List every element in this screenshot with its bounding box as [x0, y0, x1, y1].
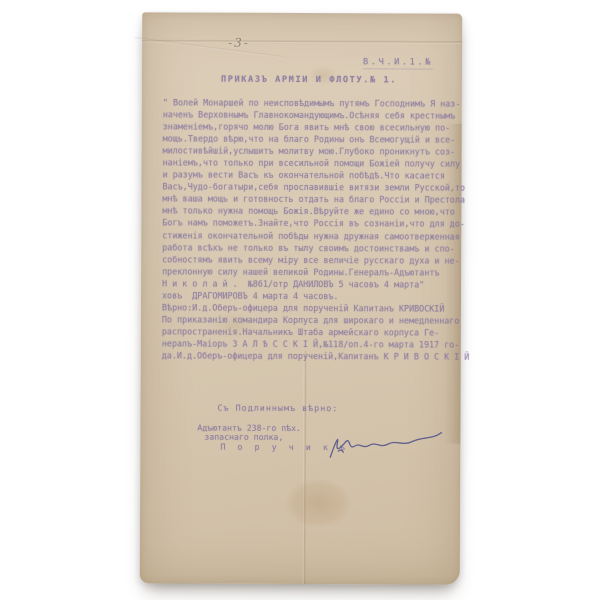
- body-line: ховъ ДРАГОМИРОВЪ 4 марта 4 часовъ.: [162, 289, 448, 302]
- photo-background: -3- В.Ч.И.1.№ ПРИКАЗЪ АРМІИ И ФЛОТУ.№ 1.…: [0, 0, 600, 600]
- fold-crease-vertical: [303, 351, 307, 584]
- adjutant-line-2: запаснаго полка,: [204, 432, 283, 442]
- stain-spot: [286, 479, 350, 527]
- body-line: Н и к о л а й . №861/отр ДАНИЛОВЪ 5 часо…: [162, 277, 448, 290]
- body-line: По приказанію командира Корпуса для широ…: [162, 313, 448, 326]
- body-line: работа всѣхъ не только въ тылу своимъ до…: [162, 241, 448, 254]
- page-number: -3-: [228, 36, 250, 50]
- body-line: Богъ намъ поможетъ.Знайте,что Россія въ …: [162, 217, 448, 230]
- body-line: да.И.д.Оберъ-офицера для порученій,Капит…: [162, 349, 448, 362]
- document-paper: -3- В.Ч.И.1.№ ПРИКАЗЪ АРМІИ И ФЛОТУ.№ 1.…: [140, 12, 462, 584]
- certification-line: Съ Подлиннымъ вѣрно:: [218, 403, 339, 414]
- document-body: " Волей Монаршей по неисповѣдимымъ путям…: [162, 96, 449, 362]
- document-title: ПРИКАЗЪ АРМІИ И ФЛОТУ.№ 1.: [221, 75, 397, 86]
- handwritten-signature-icon: [324, 423, 446, 468]
- body-line: собностямъ явить всему міру все величіе …: [162, 253, 448, 266]
- body-line: Вѣрно:И.д.Оберъ-офицера для порученій Ка…: [162, 301, 448, 314]
- body-line: стиженія окончательной побѣды нужна друж…: [162, 229, 448, 242]
- fold-crease-diagonal: [135, 37, 284, 58]
- fold-crease-horizontal: [142, 39, 462, 43]
- body-line: преклонную силу нашей великой Родины.Ген…: [162, 265, 448, 278]
- reference-number: В.Ч.И.1.№: [363, 57, 433, 69]
